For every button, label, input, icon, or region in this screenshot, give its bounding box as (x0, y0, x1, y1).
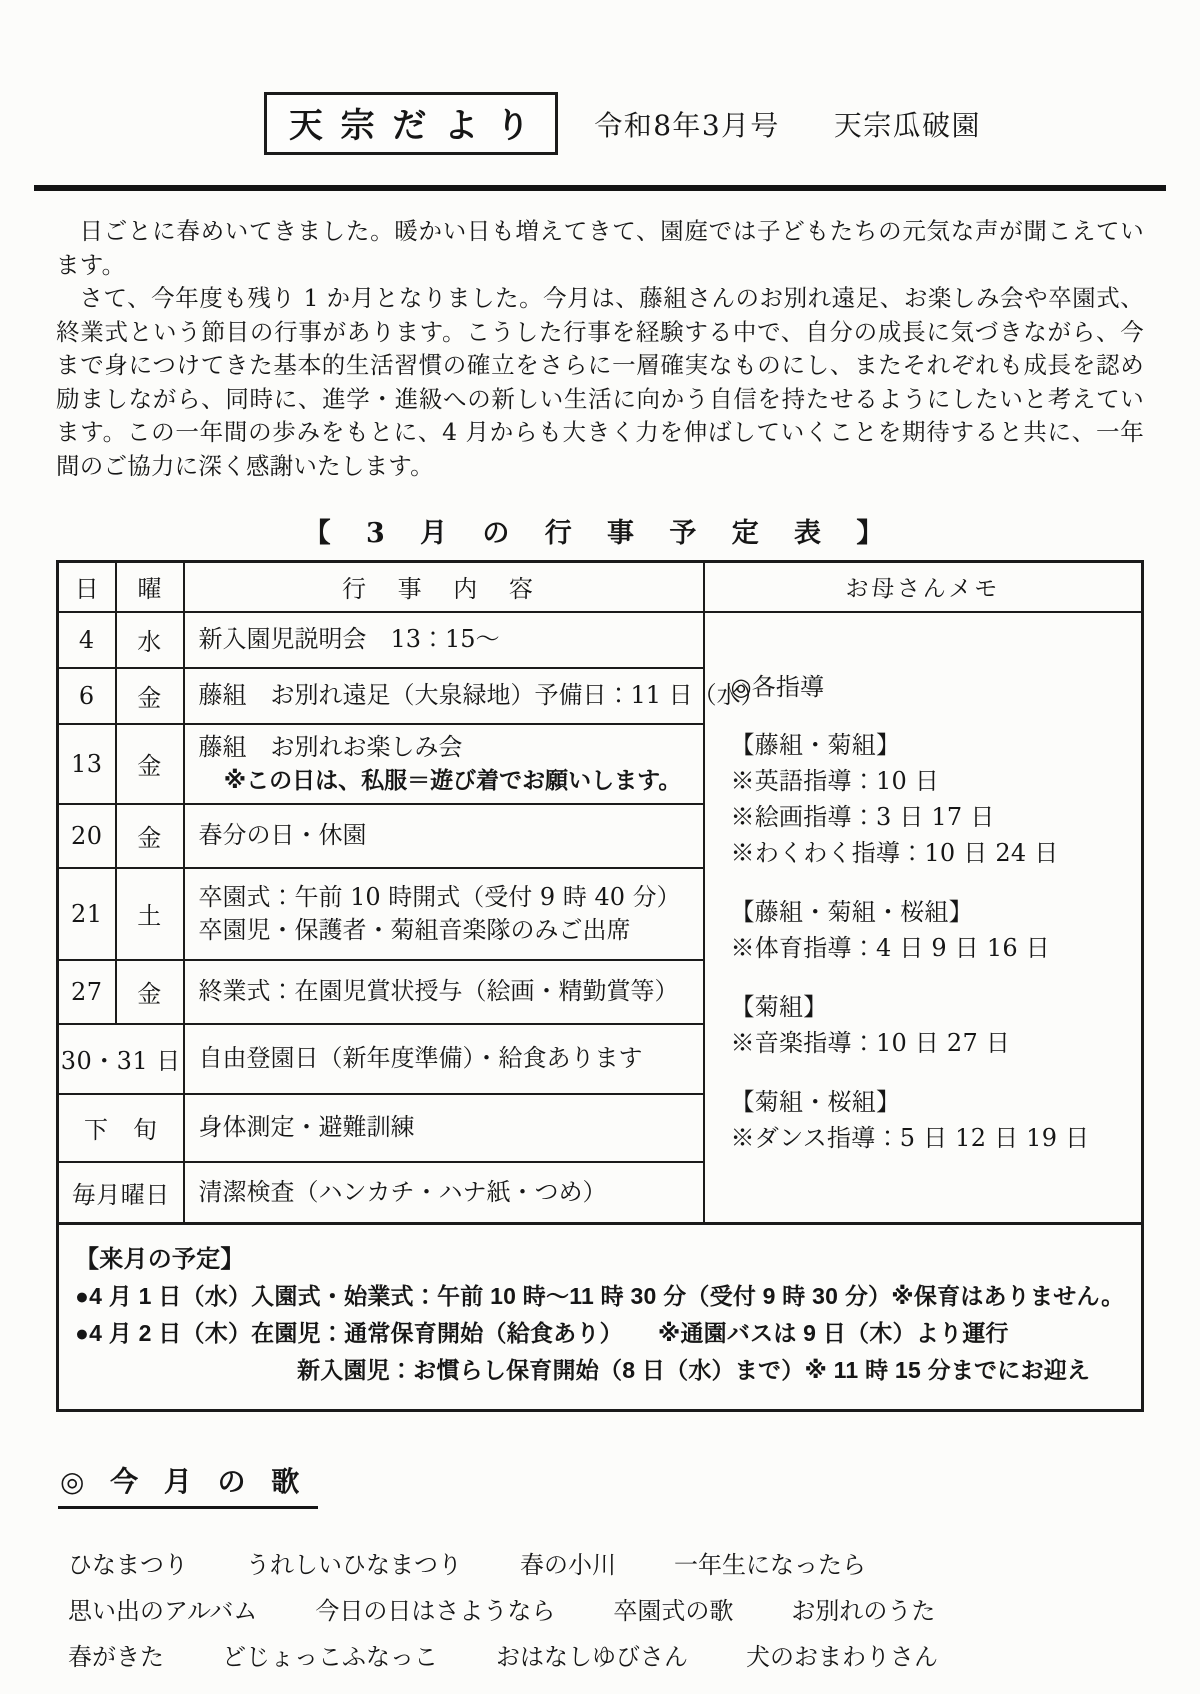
memo-item: ※ダンス指導：5 日 12 日 19 日 (731, 1120, 1136, 1156)
row-day: 20 (58, 804, 116, 868)
row-weekday: 土 (116, 868, 184, 960)
row-content: 清潔検査（ハンカチ・ハナ紙・つめ） (184, 1162, 704, 1224)
row-content-line: 清潔検査（ハンカチ・ハナ紙・つめ） (199, 1176, 695, 1208)
next-month-line: ●4 月 2 日（木）在園児：通常保育開始（給食あり） ※通園バスは 9 日（木… (75, 1315, 1127, 1352)
memo-group-header: 【菊組】 (731, 989, 1136, 1025)
issue-label: 令和8年3月号 (594, 104, 779, 144)
song-name: うれしいひなまつり (246, 1545, 462, 1580)
row-content-line: 卒園児・保護者・菊組音楽隊のみご出席 (199, 914, 695, 946)
row-content: 卒園式：午前 10 時開式（受付 9 時 40 分） 卒園児・保護者・菊組音楽隊… (184, 868, 704, 960)
next-month-section: 【来月の予定】 ●4 月 1 日（水）入園式・始業式：午前 10 時～11 時 … (56, 1225, 1144, 1412)
intro-section: 日ごとに春めいてきました。暖かい日も増えてきて、園庭では子どもたちの元気な声が聞… (56, 215, 1144, 483)
row-content-line: 藤組 お別れ遠足（大泉緑地）予備日：11 日（水） (199, 679, 695, 711)
header-divider (34, 185, 1166, 191)
row-content: 新入園児説明会 13：15～ (184, 612, 704, 668)
row-weekday: 金 (116, 804, 184, 868)
row-content-line: 藤組 お別れお楽しみ会 (199, 731, 695, 763)
memo-item: ※絵画指導：3 日 17 日 (731, 799, 1136, 835)
row-content-line: 身体測定・避難訓練 (199, 1111, 695, 1143)
memo-cell: ◎各指導 【藤組・菊組】 ※英語指導：10 日 ※絵画指導：3 日 17 日 ※… (704, 612, 1143, 1224)
masthead: 天宗だより 令和8年3月号 天宗瓜破園 (264, 0, 1144, 155)
row-day: 下 旬 (58, 1094, 184, 1162)
song-name: 春がきた (68, 1637, 164, 1672)
memo-group-header: 【藤組・菊組・桜組】 (731, 894, 1136, 930)
song-name: 思い出のアルバム (68, 1591, 257, 1626)
song-name: 卒園式の歌 (613, 1591, 733, 1626)
schedule-title: 【 3 月 の 行 事 予 定 表 】 (56, 511, 1144, 550)
memo-item: ※わくわく指導：10 日 24 日 (731, 835, 1136, 871)
song-line: 思い出のアルバム 今日の日はさようなら 卒園式の歌 お別れのうた (56, 1591, 1144, 1626)
song-name: おはなしゆびさん (496, 1637, 688, 1672)
row-content-line: 卒園式：午前 10 時開式（受付 9 時 40 分） (199, 881, 695, 913)
row-content: 藤組 お別れお楽しみ会 ※この日は、私服＝遊び着でお願いします。 (184, 724, 704, 804)
schedule-table: 日 曜 行 事 内 容 お母さんメモ 4 水 新入園児説明会 13：15～ ◎各… (56, 560, 1144, 1225)
song-name: 春の小川 (520, 1545, 616, 1580)
row-day: 毎月曜日 (58, 1162, 184, 1224)
songs-title: ◎ 今 月 の 歌 (58, 1460, 318, 1509)
memo-group: 【藤組・菊組】 ※英語指導：10 日 ※絵画指導：3 日 17 日 ※わくわく指… (731, 727, 1136, 871)
memo-group: 【菊組】 ※音楽指導：10 日 27 日 (731, 989, 1136, 1061)
song-line: 春がきた どじょっこふなっこ おはなしゆびさん 犬のおまわりさん (56, 1637, 1144, 1672)
song-name: お別れのうた (791, 1591, 935, 1626)
next-month-line: 新入園児：お慣らし保育開始（8 日（水）まで）※ 11 時 15 分までにお迎え (75, 1352, 1127, 1389)
row-weekday: 金 (116, 668, 184, 724)
song-name: ひなまつり (68, 1545, 188, 1580)
newsletter-page: 天宗だより 令和8年3月号 天宗瓜破園 日ごとに春めいてきました。暖かい日も増え… (0, 0, 1200, 1694)
song-name: どじょっこふなっこ (222, 1637, 438, 1672)
row-day: 30・31 日 (58, 1024, 184, 1094)
col-header-content: 行 事 内 容 (184, 562, 704, 612)
row-content: 自由登園日（新年度準備）・給食あります (184, 1024, 704, 1094)
row-content-line: 新入園児説明会 13：15～ (199, 623, 695, 655)
table-header-row: 日 曜 行 事 内 容 お母さんメモ (58, 562, 1143, 612)
memo-item: ※英語指導：10 日 (731, 763, 1136, 799)
next-month-title: 【来月の予定】 (75, 1241, 1127, 1278)
next-month-line: ●4 月 1 日（水）入園式・始業式：午前 10 時～11 時 30 分（受付 … (75, 1278, 1127, 1315)
song-line: ひなまつり うれしいひなまつり 春の小川 一年生になったら (56, 1545, 1144, 1580)
row-day: 13 (58, 724, 116, 804)
memo-lead: ◎各指導 (731, 669, 1136, 705)
col-header-weekday: 曜 (116, 562, 184, 612)
row-weekday: 水 (116, 612, 184, 668)
memo-group: 【藤組・菊組・桜組】 ※体育指導：4 日 9 日 16 日 (731, 894, 1136, 966)
intro-paragraph-2: さて、今年度も残り 1 か月となりました。今月は、藤組さんのお別れ遠足、お楽しみ… (56, 282, 1144, 483)
memo-group: 【菊組・桜組】 ※ダンス指導：5 日 12 日 19 日 (731, 1084, 1136, 1156)
row-weekday: 金 (116, 960, 184, 1024)
memo-group-header: 【藤組・菊組】 (731, 727, 1136, 763)
memo-item: ※音楽指導：10 日 27 日 (731, 1025, 1136, 1061)
songs-section: ◎ 今 月 の 歌 ひなまつり うれしいひなまつり 春の小川 一年生になったら … (56, 1460, 1144, 1672)
song-name: 今日の日はさようなら (315, 1591, 555, 1626)
newsletter-title: 天宗だより (264, 92, 558, 155)
memo-item: ※体育指導：4 日 9 日 16 日 (731, 930, 1136, 966)
row-content: 身体測定・避難訓練 (184, 1094, 704, 1162)
row-content-line: 終業式：在園児賞状授与（絵画・精勤賞等） (199, 975, 695, 1007)
row-weekday: 金 (116, 724, 184, 804)
song-name: 犬のおまわりさん (746, 1637, 938, 1672)
row-content-line: 春分の日・休園 (199, 819, 695, 851)
row-content-line: 自由登園日（新年度準備）・給食あります (199, 1042, 695, 1074)
row-day: 27 (58, 960, 116, 1024)
row-content: 終業式：在園児賞状授与（絵画・精勤賞等） (184, 960, 704, 1024)
row-content: 春分の日・休園 (184, 804, 704, 868)
row-day: 21 (58, 868, 116, 960)
intro-paragraph-1: 日ごとに春めいてきました。暖かい日も増えてきて、園庭では子どもたちの元気な声が聞… (56, 215, 1144, 282)
memo-group-header: 【菊組・桜組】 (731, 1084, 1136, 1120)
row-content-note: ※この日は、私服＝遊び着でお願いします。 (199, 765, 695, 796)
row-day: 4 (58, 612, 116, 668)
row-day: 6 (58, 668, 116, 724)
song-name: 一年生になったら (674, 1545, 866, 1580)
col-header-memo: お母さんメモ (704, 562, 1143, 612)
col-header-day: 日 (58, 562, 116, 612)
row-content: 藤組 お別れ遠足（大泉緑地）予備日：11 日（水） (184, 668, 704, 724)
table-row: 4 水 新入園児説明会 13：15～ ◎各指導 【藤組・菊組】 ※英語指導：10… (58, 612, 1143, 668)
organization-name: 天宗瓜破園 (834, 104, 981, 144)
